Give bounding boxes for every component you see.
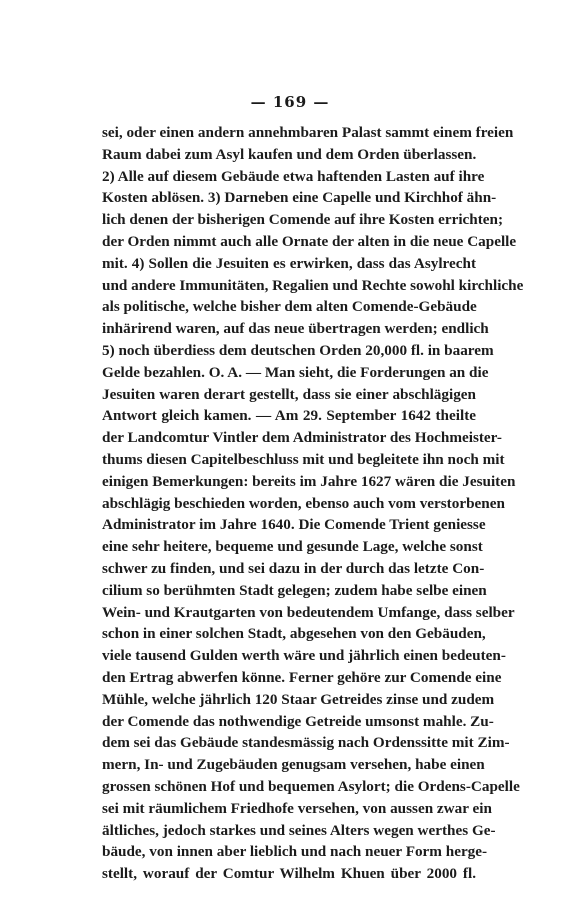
text-line: viele tausend Gulden werth wäre und jähr… <box>102 645 476 667</box>
text-line: der Landcomtur Vintler dem Administrator… <box>102 427 476 449</box>
text-line: stellt, worauf der Comtur Wilhelm Khuen … <box>102 863 476 885</box>
text-line: eine sehr heitere, bequeme und gesunde L… <box>102 536 476 558</box>
text-line: und andere Immunitäten, Regalien und Rec… <box>102 275 476 297</box>
text-line: bäude, von innen aber lieblich und nach … <box>102 841 476 863</box>
text-line: Antwort gleich kamen. — Am 29. September… <box>102 405 476 427</box>
text-line: grossen schönen Hof und bequemen Asylort… <box>102 776 476 798</box>
text-line: dem sei das Gebäude standesmässig nach O… <box>102 732 476 754</box>
text-line: Jesuiten waren derart gestellt, dass sie… <box>102 384 476 406</box>
text-line: 2) Alle auf diesem Gebäude etwa haftende… <box>102 166 476 188</box>
text-line: 5) noch überdiess dem deutschen Orden 20… <box>102 340 476 362</box>
text-line: schwer zu finden, und sei dazu in der du… <box>102 558 476 580</box>
text-line: inhärirend waren, auf das neue übertrage… <box>102 318 476 340</box>
text-line: den Ertrag abwerfen könne. Ferner gehöre… <box>102 667 476 689</box>
text-line: Administrator im Jahre 1640. Die Comende… <box>102 514 476 536</box>
text-line: als politische, welche bisher dem alten … <box>102 296 476 318</box>
text-line: der Orden nimmt auch alle Ornate der alt… <box>102 231 476 253</box>
text-line: einigen Bemerkungen: bereits im Jahre 16… <box>102 471 476 493</box>
text-line: thums diesen Capitelbeschluss mit und be… <box>102 449 476 471</box>
text-line: cilium so berühmten Stadt gelegen; zudem… <box>102 580 476 602</box>
text-line: Mühle, welche jährlich 120 Staar Getreid… <box>102 689 476 711</box>
text-line: sei mit räumlichem Friedhofe versehen, v… <box>102 798 476 820</box>
text-line: sei, oder einen andern annehmbaren Palas… <box>102 122 476 144</box>
text-line: abschlägig beschieden worden, ebenso auc… <box>102 493 476 515</box>
text-line: Raum dabei zum Asyl kaufen und dem Orden… <box>102 144 476 166</box>
text-line: lich denen der bisherigen Comende auf ih… <box>102 209 476 231</box>
body-text: sei, oder einen andern annehmbaren Palas… <box>102 122 476 885</box>
text-line: Gelde bezahlen. O. A. — Man sieht, die F… <box>102 362 476 384</box>
text-line: der Comende das nothwendige Getreide ums… <box>102 711 476 733</box>
page-number: — 169 — <box>0 93 580 111</box>
text-line: mit. 4) Sollen die Jesuiten es erwirken,… <box>102 253 476 275</box>
book-page: — 169 — sei, oder einen andern annehmbar… <box>0 0 580 905</box>
text-line: schon in einer solchen Stadt, abgesehen … <box>102 623 476 645</box>
text-line: Wein- und Krautgarten von bedeutendem Um… <box>102 602 476 624</box>
text-line: mern, In- und Zugebäuden genugsam verseh… <box>102 754 476 776</box>
text-line: Kosten ablösen. 3) Darneben eine Capelle… <box>102 187 476 209</box>
text-line: ältliches, jedoch starkes und seines Alt… <box>102 820 476 842</box>
